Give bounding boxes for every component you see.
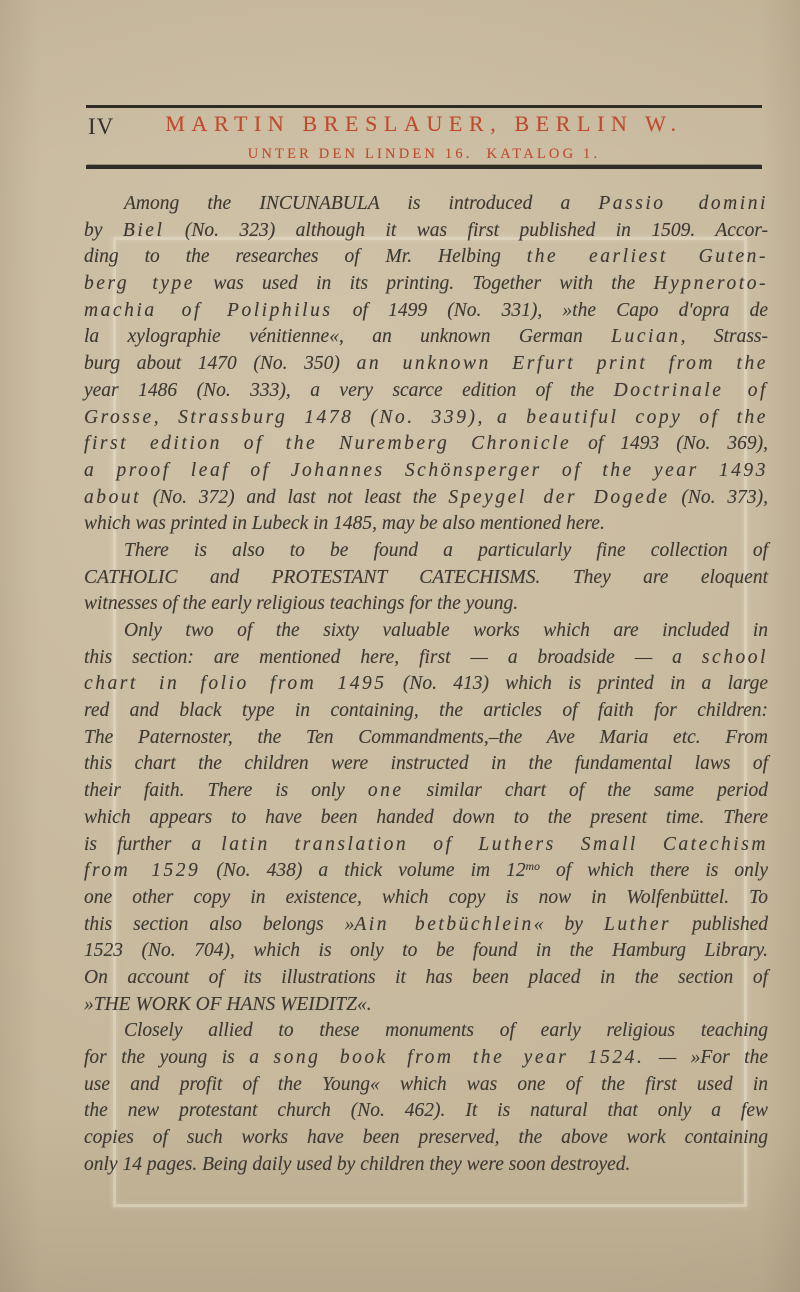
header-title: MARTIN BRESLAUER, BERLIN W. [86,111,762,137]
text-line: copies of such works have been preserved… [84,1125,768,1152]
text-segment: mo [526,860,540,873]
text-segment: only 14 pages. Being daily used by child… [84,1154,630,1175]
text-segment: which was printed in Lubeck in 1485, may… [84,513,605,534]
text-segment: (No. 373), [670,487,768,508]
letterspaced-text: Passio domini [598,193,768,214]
header-top-rule [86,105,762,108]
text-line: berg type was used in its printing. Toge… [84,271,768,298]
text-segment: this section also belongs » [84,914,354,935]
text-segment: »THE WORK OF HANS WEIDITZ«. [84,994,372,1015]
text-segment: similar chart of the same period [404,780,768,801]
text-segment: (No. 413) which is printed in a large [387,673,768,694]
text-segment [485,407,497,428]
text-line: 1523 (No. 704), which is only to be foun… [84,938,768,965]
letterspaced-text: Ain betbüchlein [354,914,533,935]
text-segment: ding to the researches of Mr. Helbing [84,246,527,267]
header-bottom-rule [86,165,762,169]
text-segment: 1523 (No. 704), which is only to be foun… [84,940,768,961]
text-line: this chart the children were instructed … [84,751,768,778]
text-segment: la xylographie vénitienne«, an unknown G… [84,326,611,347]
text-line: the new protestant church (No. 462). It … [84,1098,768,1125]
text-line: year 1486 (No. 333), a very scarce editi… [84,378,768,405]
text-line: one other copy in existence, which copy … [84,885,768,912]
text-segment: — »For the [644,1047,768,1068]
text-segment: published [671,914,768,935]
text-segment: witnesses of the early religious teachin… [84,593,518,614]
catalog-page: IV MARTIN BRESLAUER, BERLIN W. UNTER DEN… [0,0,800,1292]
text-line: Only two of the sixty valuable works whi… [84,618,768,645]
text-line: their faith. There is only one similar c… [84,778,768,805]
text-line: which was printed in Lubeck in 1485, may… [84,511,768,538]
letterspaced-text: an unknown Erfurt print from the [357,353,768,374]
text-segment: (No. 323) although it was first publishe… [164,220,768,241]
letterspaced-text: song book from the year 1524. [273,1047,644,1068]
text-segment: their faith. There is only [84,780,368,801]
text-line: for the young is a song book from the ye… [84,1045,768,1072]
letterspaced-text: chart in folio from 1495 [84,673,387,694]
text-line: only 14 pages. Being daily used by child… [84,1152,768,1179]
text-line: The Paternoster, the Ten Commandments,–t… [84,725,768,752]
text-line: Closely allied to these monuments of ear… [84,1018,768,1045]
text-line: burg about 1470 (No. 350) an unknown Erf… [84,351,768,378]
header-subtitle: UNTER DEN LINDEN 16.KATALOG 1. [86,146,762,163]
text-line: use and profit of the Young« which was o… [84,1072,768,1099]
text-line: There is also to be found a particularly… [84,538,768,565]
text-line: Among the INCUNABULA is introduced a Pas… [84,191,768,218]
text-segment: There is also to be found a particularly… [124,540,768,561]
letterspaced-text: first edition of the Nuremberg Chronicle [84,433,571,454]
text-line: machia of Poliphilus of 1499 (No. 331), … [84,298,768,325]
text-segment: of 1493 (No. 369), [571,433,768,454]
header-catalog: KATALOG 1. [487,146,601,162]
text-segment: red and black type in containing, the ar… [84,700,768,721]
letterspaced-text: one [368,780,404,801]
text-segment: this chart the children were instructed … [84,753,768,774]
letterspaced-text: the earliest Guten- [527,246,768,267]
letterspaced-text: from 1529 [84,860,200,881]
text-segment: use and profit of the Young« which was o… [84,1074,768,1095]
letterspaced-text: a beautiful copy of the [497,407,768,428]
text-line: la xylographie vénitienne«, an unknown G… [84,324,768,351]
text-segment: by [84,220,123,241]
letterspaced-text: Speygel der Dogede [448,487,669,508]
text-line: a proof leaf of Johannes Schönsperger of… [84,458,768,485]
text-segment: year 1486 (No. 333), a very scarce editi… [84,380,614,401]
text-segment: CATHOLIC and PROTESTANT CATECHISMS. They… [84,567,768,588]
text-segment: this section: are mentioned here, first … [84,647,702,668]
text-segment: Closely allied to these monuments of ear… [124,1020,768,1041]
text-segment: which appears to have been handed down t… [84,807,768,828]
letterspaced-text: Doctrinale of [614,380,768,401]
letterspaced-text: a proof leaf of Johannes Schönsperger of… [84,460,768,481]
text-line: CATHOLIC and PROTESTANT CATECHISMS. They… [84,565,768,592]
text-line: this section also belongs »Ain betbüchle… [84,912,768,939]
text-segment: (No. 372) and last not least the [141,487,448,508]
text-segment: for the young is a [84,1047,273,1068]
letterspaced-text: Biel [123,220,165,241]
text-segment: one other copy in existence, which copy … [84,887,768,908]
text-segment: the new protestant church (No. 462). It … [84,1100,768,1121]
text-line: by Biel (No. 323) although it was first … [84,218,768,245]
letterspaced-text: about [84,487,141,508]
text-line: about (No. 372) and last not least the S… [84,485,768,512]
letterspaced-text: school [702,647,768,668]
text-segment: Only two of the sixty valuable works whi… [124,620,768,641]
text-segment: is further a [84,834,221,855]
header-address: UNTER DEN LINDEN 16. [248,146,473,162]
text-line: which appears to have been handed down t… [84,805,768,832]
text-segment: burg about 1470 (No. 350) [84,353,357,374]
body-text: Among the INCUNABULA is introduced a Pas… [84,191,768,1178]
letterspaced-text: latin translation of Luthers Small Catec… [221,834,768,855]
letterspaced-text: Grosse, Strassburg 1478 (No. 339), [84,407,485,428]
text-line: On account of its illustrations it has b… [84,965,768,992]
letterspaced-text: Hypneroto- [653,273,768,294]
letterspaced-text: Lucian [611,326,680,347]
text-segment: was used in its printing. Together with … [195,273,653,294]
text-line: first edition of the Nuremberg Chronicle… [84,431,768,458]
text-segment: of 1499 (No. 331), »the Capo d'opra de [333,300,768,321]
text-segment: of which there is only [540,860,768,881]
text-line: this section: are mentioned here, first … [84,645,768,672]
text-segment: , Strass- [681,326,768,347]
text-segment: (No. 438) a thick volume im 12 [200,860,525,881]
letterspaced-text: Luther [604,914,671,935]
text-line: witnesses of the early religious teachin… [84,591,768,618]
text-segment: On account of its illustrations it has b… [84,967,768,988]
text-segment: Among the INCUNABULA is introduced a [124,193,598,214]
text-line: is further a latin translation of Luther… [84,832,768,859]
text-segment: copies of such works have been preserved… [84,1127,768,1148]
text-line: from 1529 (No. 438) a thick volume im 12… [84,858,768,885]
text-line: chart in folio from 1495 (No. 413) which… [84,671,768,698]
text-line: »THE WORK OF HANS WEIDITZ«. [84,992,768,1019]
text-line: ding to the researches of Mr. Helbing th… [84,244,768,271]
letterspaced-text: machia of Poliphilus [84,300,333,321]
text-line: red and black type in containing, the ar… [84,698,768,725]
letterspaced-text: berg type [84,273,195,294]
text-segment: The Paternoster, the Ten Commandments,–t… [84,727,768,748]
text-line: Grosse, Strassburg 1478 (No. 339), a bea… [84,405,768,432]
text-segment: « by [534,914,604,935]
